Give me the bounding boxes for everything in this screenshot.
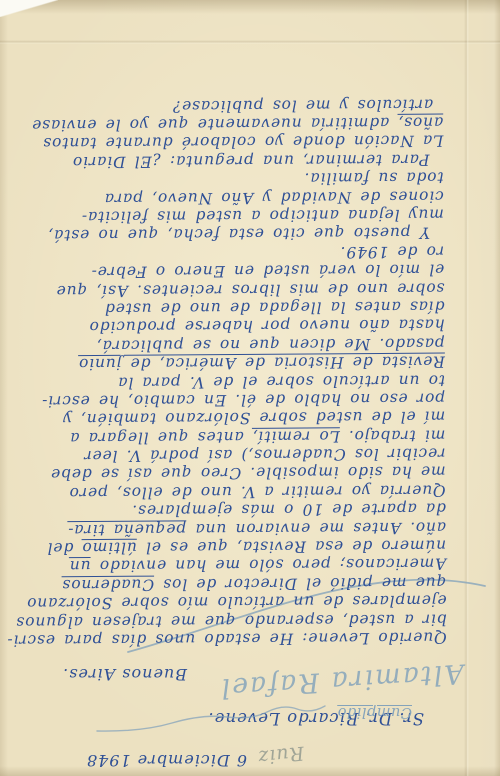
letter-line: el mío lo verá usted en Enero o Febre-	[26, 260, 444, 281]
phrase: toda su familia.	[304, 169, 444, 188]
phrase: número de esa Revista, que es el	[137, 537, 446, 557]
underlined-phrase: Lo remití,	[252, 427, 340, 446]
archive-note: Cumplido	[337, 704, 412, 720]
letter-line: Querido Levene: He estado unos días para…	[29, 628, 447, 649]
phrase: bir a usted, esperando que me trajesen a…	[15, 610, 446, 631]
phrase: año. Antes me enviaron una	[186, 518, 446, 538]
letter-line: Americanos; pero sólo me han enviado un	[28, 555, 446, 576]
underlined-phrase: años,	[398, 114, 444, 132]
letter-line: ro de 1949.	[26, 242, 444, 263]
letter-line: días antes la llegada de uno de usted	[26, 297, 444, 318]
letter-line: bir a usted, esperando que me trajesen a…	[29, 610, 447, 631]
city-line: Buenos Aires.	[62, 665, 187, 684]
archive-note-text: Cumplido	[337, 704, 412, 720]
underlined-phrase: Cuadernos	[62, 575, 155, 594]
letter-body: Querido Levene: He estado unos días para…	[25, 95, 447, 650]
phrase: por eso no hablo de él. En cambio, he es…	[41, 389, 445, 410]
letter-line: da aparte de 10 o más ejemplares.	[28, 499, 446, 520]
phrase: Querría yo remitir a V. uno de ellos, pe…	[69, 481, 446, 502]
underlined-phrase: último	[82, 539, 137, 557]
phrase: artículos y me los publicase?	[172, 95, 433, 115]
phrase: Americanos; pero sólo me han enviado	[91, 555, 447, 575]
letter-line: Para terminar, una pregunta: ¿El Diario	[25, 150, 429, 171]
date-line: 6 Diciembre 1948	[86, 751, 247, 770]
phrase: antes que llegara a	[69, 428, 252, 447]
phrase: recibir los Cuadernos,) así podrá V. lee…	[83, 445, 445, 466]
letter-line: mí el de usted sobre Solórzano también, …	[27, 407, 445, 428]
phrase: da aparte de 10 o más ejemplares.	[131, 500, 446, 520]
letter-scan: Ruiz 6 Diciembre 1948 Sr. Dr. Ricardo Le…	[0, 0, 500, 776]
letter-line: ejemplares de un artículo mío sobre Soló…	[29, 591, 447, 612]
letter-line: por eso no hablo de él. En cambio, he es…	[27, 389, 445, 410]
phrase: mí el de usted sobre Solórzano también, …	[62, 408, 445, 429]
phrase: Querido Levene: He estado unos días para…	[7, 629, 447, 650]
letter-line: Querría yo remitir a V. uno de ellos, pe…	[28, 481, 446, 502]
letter-line: Revista de Historia de América, de junio	[27, 352, 445, 373]
phrase: que me pidió el Director de los	[154, 573, 446, 593]
letter-line: toda su familia.	[26, 168, 444, 189]
letter-line: que me pidió el Director de los Cuaderno…	[28, 573, 446, 594]
phrase: to un artículo sobre el de V. para la	[117, 371, 445, 391]
phrase: días antes la llegada de uno de usted	[104, 298, 445, 318]
phrase: del	[47, 539, 82, 557]
letter-line: La Nación donde yo colaboré durante tant…	[25, 132, 443, 153]
letter-line: Y puesto que cito esta fecha, que no est…	[26, 224, 430, 245]
letter-line: hasta año nuevo por haberse producido	[27, 316, 445, 337]
letter-line: años, admitiría nuevamente que yo le env…	[25, 113, 443, 134]
letter-line: mi trabajo. Lo remití, antes que llegara…	[27, 426, 445, 447]
letter-line: recibir los Cuadernos,) así podrá V. lee…	[28, 444, 446, 465]
phrase: ro de 1949.	[340, 242, 445, 261]
letter-line: año. Antes me enviaron una pequeña tira-	[28, 518, 446, 539]
phrase: pasado. Me dicen que no se publicará,	[96, 334, 445, 354]
name-scrawl-annotation: Altamira Rafael	[219, 658, 465, 704]
phrase: ciones de Navidad y Año Nuevo, para	[104, 187, 444, 207]
phrase: ejemplares de un artículo mío sobre Soló…	[26, 592, 446, 613]
phrase: mi trabajo.	[340, 426, 446, 445]
phrase: Para terminar, una pregunta: ¿El Diario	[72, 150, 430, 170]
phrase: el mío lo verá usted en Enero o Febre-	[91, 261, 445, 281]
letter-line: pasado. Me dicen que no se publicará,	[27, 334, 445, 355]
phrase: La Nación donde yo colaboré durante tant…	[42, 132, 443, 153]
letter-line: sobre uno de mis libros recientes. Así, …	[26, 279, 444, 300]
phrase: admitiría nuevamente que yo le enviase	[31, 114, 397, 135]
phrase: me ha sido imposible. Creo que así se de…	[50, 463, 446, 484]
phrase: muy lejana anticipo a usted mis felicita…	[81, 206, 444, 227]
pencil-annotation-top: Ruiz	[256, 742, 305, 769]
underlined-phrase: Revista de Historia de América, de junio	[78, 353, 445, 374]
letter-sheet: Ruiz 6 Diciembre 1948 Sr. Dr. Ricardo Le…	[0, 0, 500, 776]
letter-line: número de esa Revista, que es el último …	[28, 536, 446, 557]
underlined-phrase: pequeña tira-	[67, 520, 186, 539]
letter-line: to un artículo sobre el de V. para la	[27, 371, 445, 392]
letter-line: muy lejana anticipo a usted mis felicita…	[26, 205, 444, 226]
letter-line: me ha sido imposible. Creo que así se de…	[28, 463, 446, 484]
phrase: Y puesto que cito esta fecha, que no est…	[47, 224, 430, 245]
phrase: sobre uno de mis libros recientes. Así, …	[56, 279, 445, 300]
phrase: hasta año nuevo por haberse producido	[89, 316, 445, 336]
letter-line: ciones de Navidad y Año Nuevo, para	[26, 187, 444, 208]
letter-line: artículos y me los publicase?	[25, 95, 433, 116]
underlined-phrase: un	[69, 557, 91, 575]
